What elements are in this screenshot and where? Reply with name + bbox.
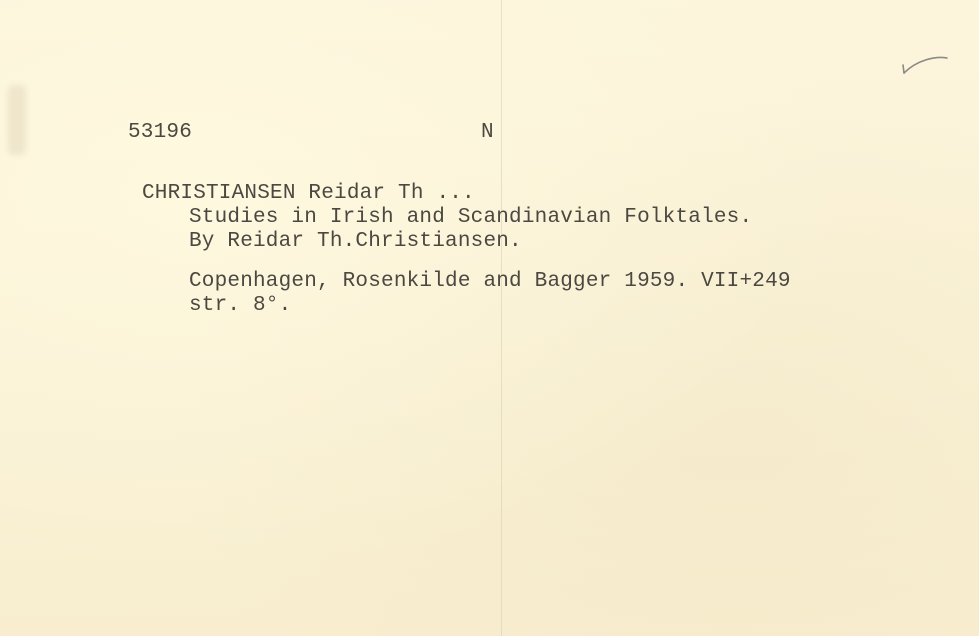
paper-smudge [8, 85, 26, 155]
call-number: 53196 [128, 121, 192, 145]
collation: str. 8°. [189, 294, 291, 318]
checkmark-icon [895, 52, 955, 82]
author-heading: CHRISTIANSEN Reidar Th ... [142, 182, 475, 206]
statement-of-responsibility: By Reidar Th.Christiansen. [189, 230, 522, 254]
paper-crease [501, 0, 502, 636]
catalog-card: 53196 N CHRISTIANSEN Reidar Th ... Studi… [0, 0, 979, 636]
book-title: Studies in Irish and Scandinavian Folkta… [189, 206, 752, 230]
imprint: Copenhagen, Rosenkilde and Bagger 1959. … [189, 270, 791, 294]
location-code: N [481, 121, 494, 145]
